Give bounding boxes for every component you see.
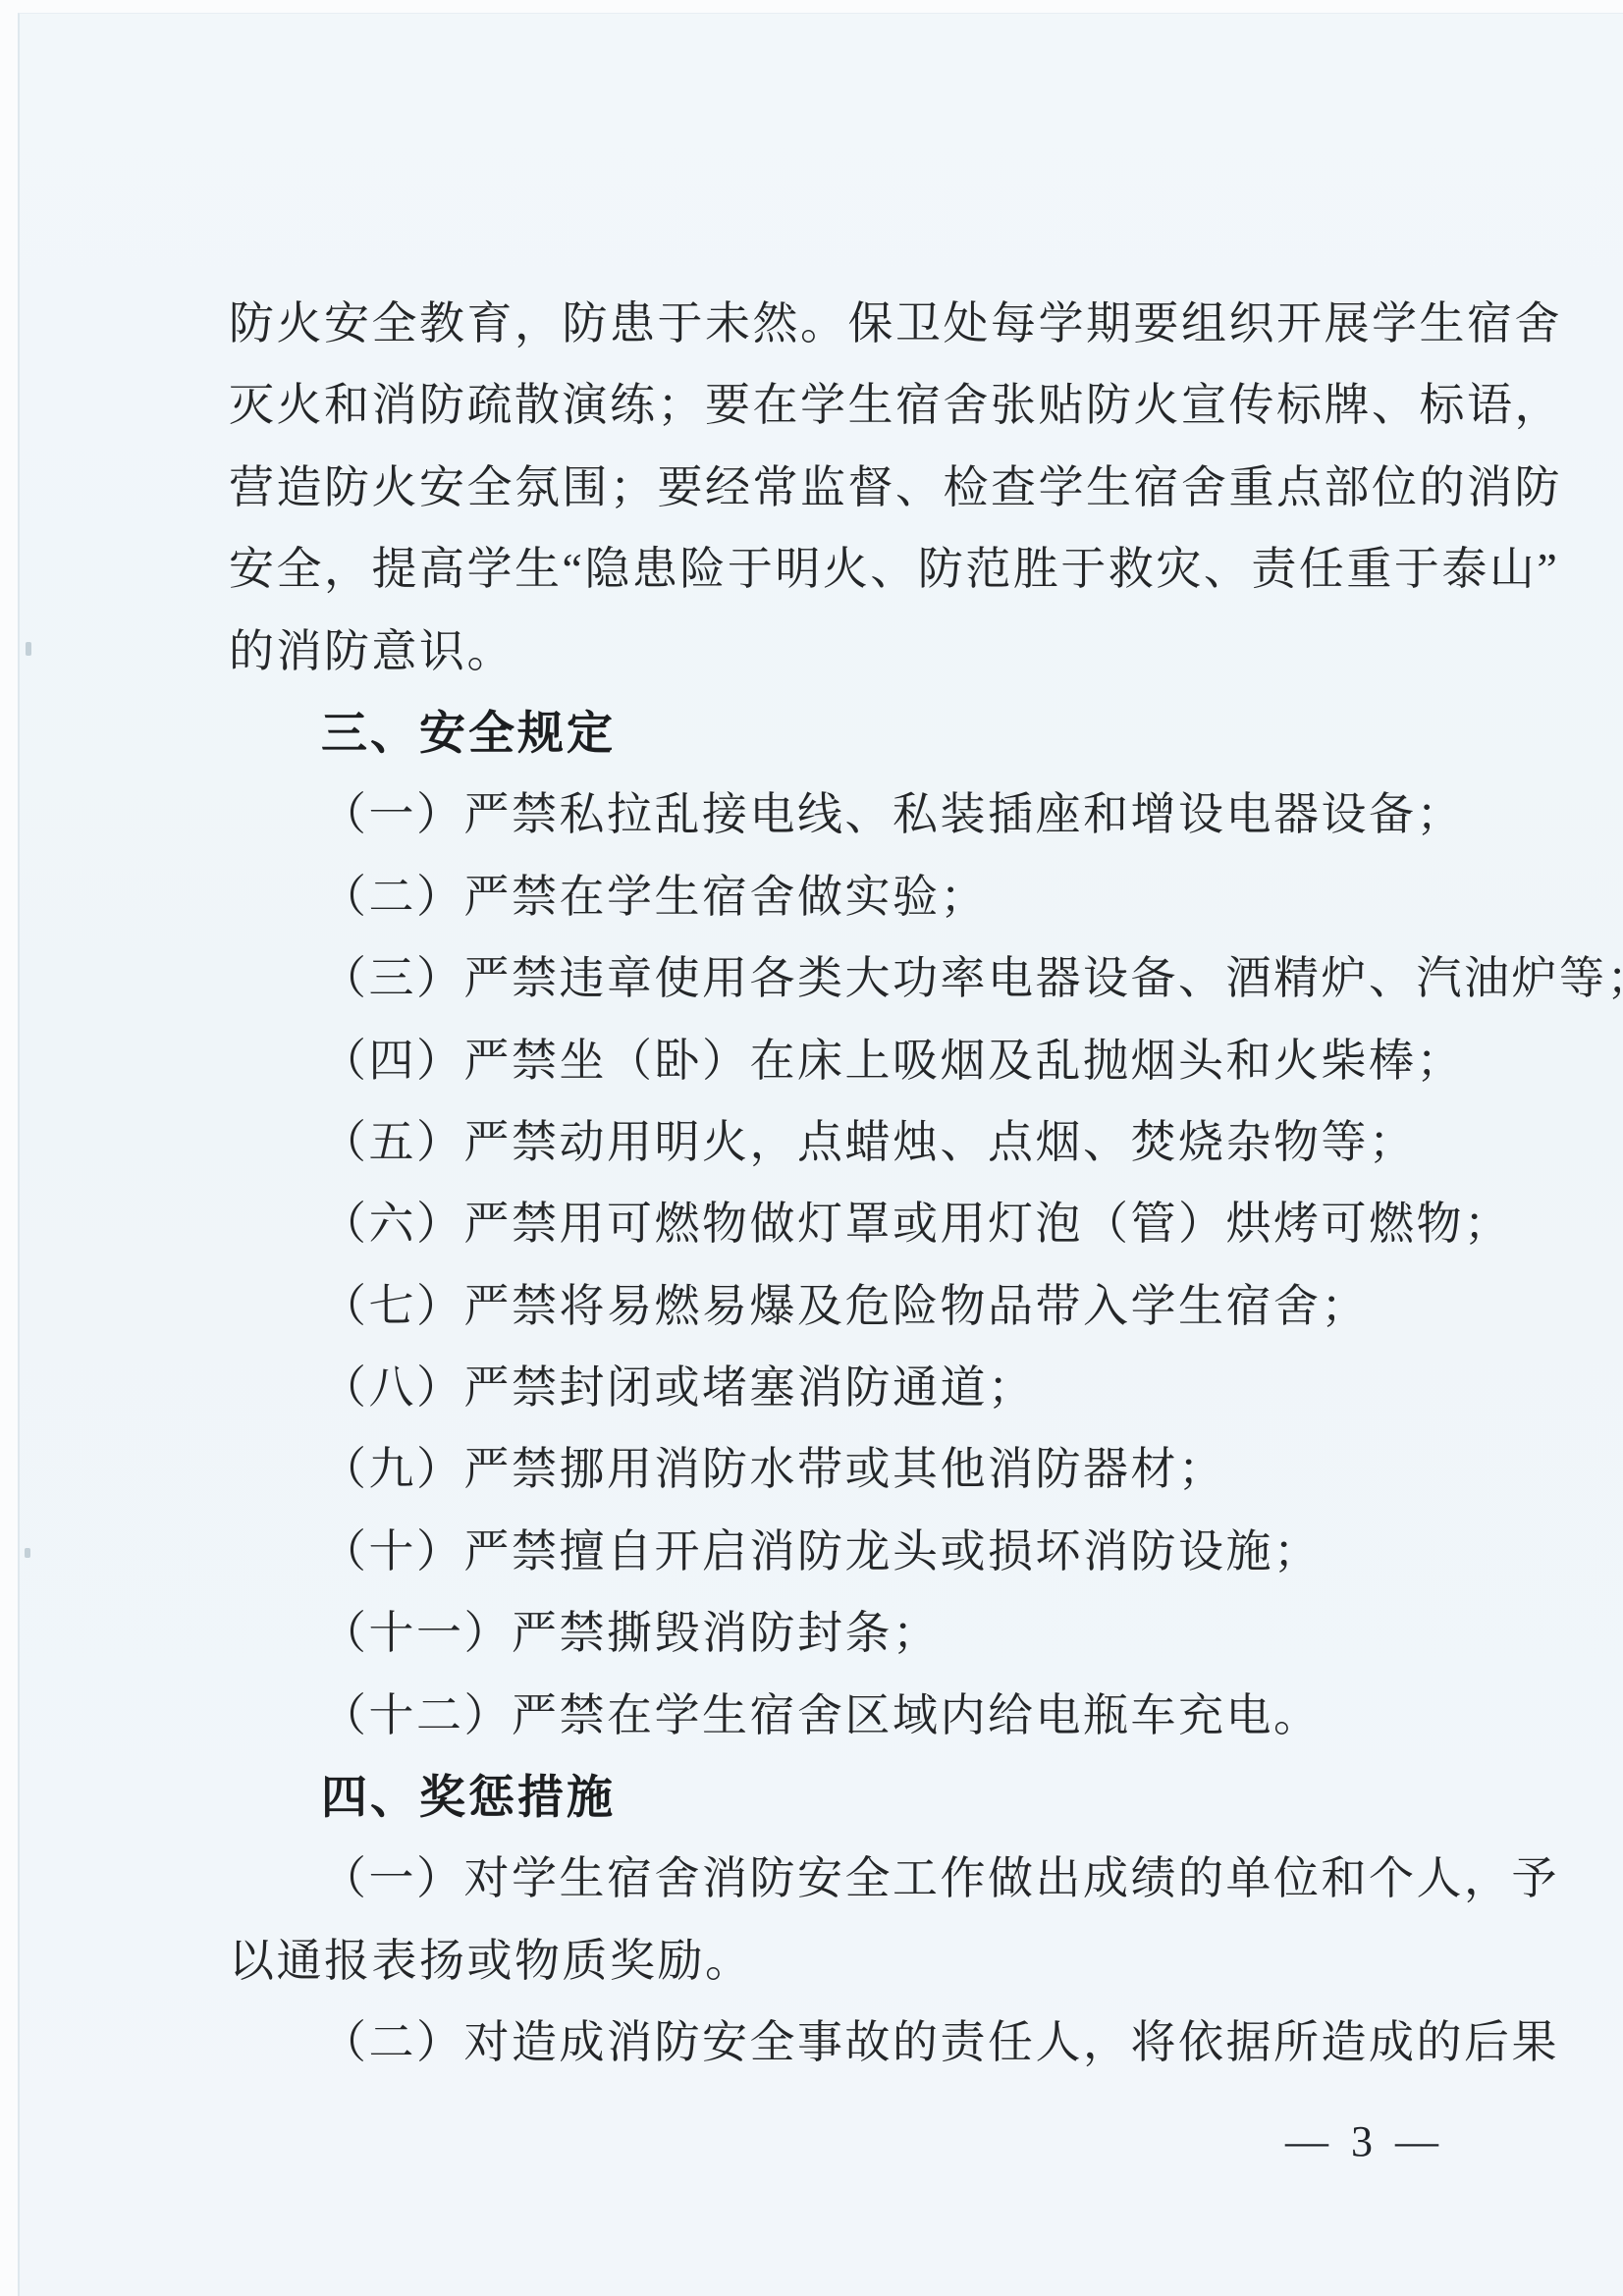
scan-artifact [26,642,31,656]
rule-item: （一）严禁私拉乱接电线、私装插座和增设电器设备； [229,774,1486,855]
text-line: 灭火和消防疏散演练；要在学生宿舍张贴防火宣传标牌、标语， [229,364,1486,446]
rule-item: （二）严禁在学生宿舍做实验； [229,856,1486,937]
text-line: 营造防火安全氛围；要经常监督、检查学生宿舍重点部位的消防 [229,447,1486,528]
rule-item: （三）严禁违章使用各类大功率电器设备、酒精炉、汽油炉等； [229,937,1486,1019]
text-line: 以通报表扬或物质奖励。 [229,1920,1486,2002]
rule-item: （十二）严禁在学生宿舍区域内给电瓶车充电。 [229,1675,1486,1756]
rule-item: （六）严禁用可燃物做灯罩或用灯泡（管）烘烤可燃物； [229,1183,1486,1264]
rule-item: （十一）严禁撕毁消防封条； [229,1592,1486,1674]
section-heading-safety-rules: 三、安全规定 [229,692,1486,774]
rule-item: （七）严禁将易燃易爆及危险物品带入学生宿舍； [229,1265,1486,1347]
section-heading-rewards-punishments: 四、奖惩措施 [229,1756,1486,1838]
text-line: 防火安全教育，防患于未然。保卫处每学期要组织开展学生宿舍 [229,283,1486,364]
rule-item: （十）严禁擅自开启消防龙头或损坏消防设施； [229,1511,1486,1592]
page-number: — 3 — [1247,2112,1483,2171]
rule-item: （九）严禁挪用消防水带或其他消防器材； [229,1428,1486,1510]
text-line: 的消防意识。 [229,611,1486,692]
rule-item: （八）严禁封闭或堵塞消防通道； [229,1347,1486,1428]
measure-item: （二）对造成消防安全事故的责任人，将依据所造成的后果 [229,2002,1486,2083]
document-body: 防火安全教育，防患于未然。保卫处每学期要组织开展学生宿舍 灭火和消防疏散演练；要… [229,283,1486,2084]
scan-artifact [25,1548,30,1558]
rule-item: （四）严禁坐（卧）在床上吸烟及乱抛烟头和火柴棒； [229,1020,1486,1101]
text-line: 安全，提高学生“隐患险于明火、防范胜于救灾、责任重于泰山” [229,528,1486,610]
rule-item: （五）严禁动用明火，点蜡烛、点烟、焚烧杂物等； [229,1101,1486,1183]
measure-item: （一）对学生宿舍消防安全工作做出成绩的单位和个人，予 [229,1838,1486,1919]
